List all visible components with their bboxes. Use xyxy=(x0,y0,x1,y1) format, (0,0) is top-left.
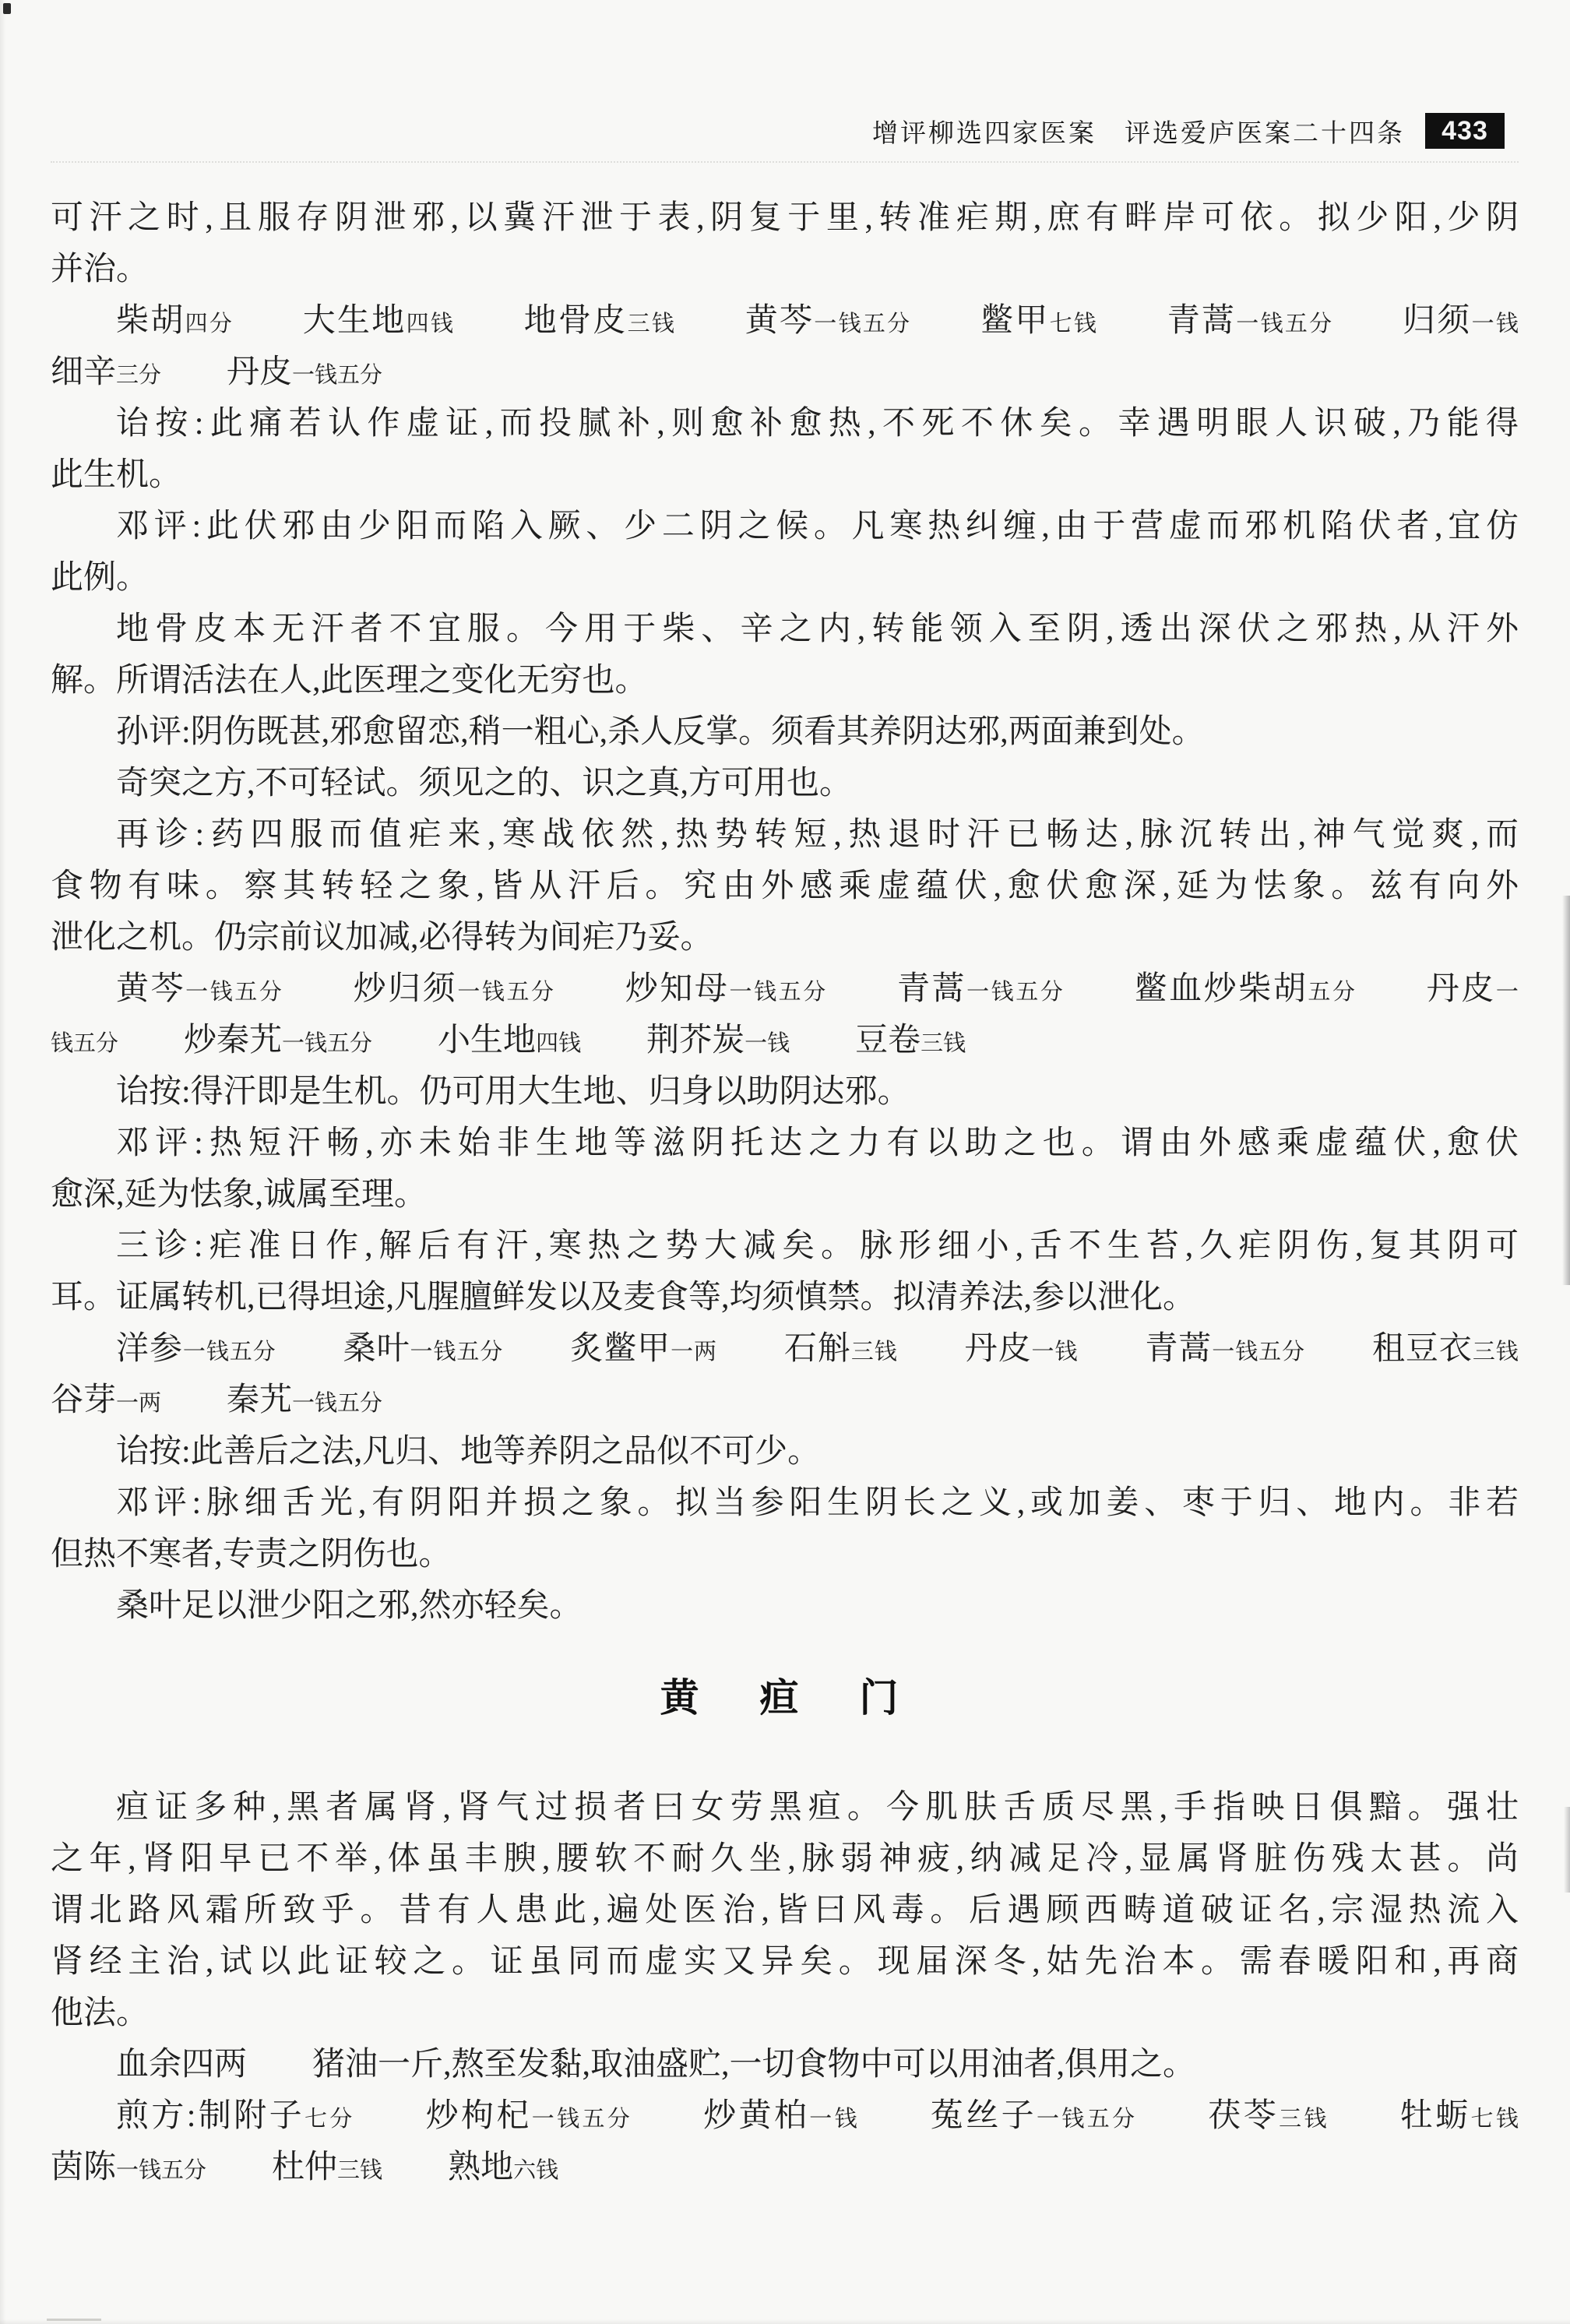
page-body: 可汗之时,且服存阴泄邪,以冀汗泄于表,阴复于里,转准疟期,庶有畔岸可依。拟少阳,… xyxy=(51,192,1519,2193)
dosage-annotation: 一钱 xyxy=(1032,1340,1079,1364)
dosage-annotation: 一钱 xyxy=(1472,312,1519,336)
text-segment: 泄化之机。仍宗前议加减,必得转为间疟乃妥。 xyxy=(51,920,713,956)
text-segment: 但热不寒者,专责之阴伤也。 xyxy=(51,1537,452,1572)
page-header: 增评柳选四家医案 评选爱庐医案二十四条 433 xyxy=(51,107,1519,155)
section-title: 黄 疸 门 xyxy=(51,1655,1519,1741)
text-line: 谓北路风霜所致乎。昔有人患此,遍处医治,皆曰风毒。后遇顾西畴道破证名,宗湿热流入 xyxy=(51,1885,1519,1936)
text-segment: 谓北路风霜所致乎。昔有人患此,遍处医治,皆曰风毒。后遇顾西畴道破证名,宗湿热流入 xyxy=(51,1893,1519,1928)
dosage-annotation: 三钱 xyxy=(337,2158,382,2183)
dosage-annotation: 一钱五分 xyxy=(966,980,1065,1005)
text-line: 此生机。 xyxy=(51,449,1519,501)
text-segment: 孙评:阴伤既甚,邪愈留恋,稍一粗心,杀人反掌。须看其养阴达邪,两面兼到处。 xyxy=(116,714,1205,750)
text-line: 细辛三分 丹皮一钱五分 xyxy=(51,347,1519,398)
text-segment: 鳖血炒柴胡 xyxy=(1065,971,1308,1007)
text-line: 肾经主治,试以此证较之。证虽同而虚实又异矣。现届深冬,姑先治本。需春暖阳和,再商 xyxy=(51,1936,1519,1988)
text-segment: 邓评:此伏邪由少阳而陷入厥、少二阴之候。凡寒热纠缠,由于营虚而邪机陷伏者,宜仿 xyxy=(116,509,1519,544)
text-segment: 邓评:脉细舌光,有阴阳并损之象。拟当参阳生阴长之义,或加姜、枣于归、地内。非若 xyxy=(116,1485,1519,1521)
dosage-annotation: 七钱 xyxy=(1470,2107,1518,2132)
text-segment: 大生地 xyxy=(234,303,406,339)
text-line: 愈深,延为怯象,诚属至理。 xyxy=(51,1169,1519,1220)
text-line: 谷芽一两 秦艽一钱五分 xyxy=(51,1375,1519,1426)
text-line: 但热不寒者,专责之阴伤也。 xyxy=(51,1529,1519,1580)
text-segment: 此生机。 xyxy=(51,457,181,493)
text-segment: 桑叶足以泄少阳之邪,然亦轻矣。 xyxy=(116,1588,583,1624)
text-segment: 黄芩 xyxy=(116,971,185,1007)
text-segment: 耳。证属转机,已得坦途,凡腥膻鲜发以及麦食等,均须慎禁。拟清养法,参以泄化。 xyxy=(51,1280,1195,1315)
text-segment: 谷芽 xyxy=(51,1382,116,1418)
text-line: 并治。 xyxy=(51,244,1519,295)
text-segment: 鳖甲 xyxy=(911,303,1049,339)
text-line: 食物有味。察其转轻之象,皆从汗后。究由外感乘虚蕴伏,愈伏愈深,延为怯象。兹有向外 xyxy=(51,861,1519,912)
dosage-annotation: 七分 xyxy=(304,2107,355,2132)
text-segment: 邓评:热短汗畅,亦未始非生地等滋阴托达之力有以助之也。谓由外感乘虚蕴伏,愈伏 xyxy=(116,1125,1519,1161)
dosage-annotation: 三分 xyxy=(116,363,161,388)
dosage-annotation: 四分 xyxy=(185,312,234,336)
text-line: 解。所谓活法在人,此医理之变化无穷也。 xyxy=(51,655,1519,706)
text-segment: 并治。 xyxy=(51,252,149,287)
text-segment: 丹皮 xyxy=(161,354,292,390)
text-line: 之年,肾阳早已不举,体虽丰腴,腰软不耐久坐,脉弱神疲,纳减足冷,显属肾脏伤残太甚… xyxy=(51,1833,1519,1885)
dosage-annotation: 一钱五分 xyxy=(185,980,283,1005)
text-segment: 牡蛎 xyxy=(1329,2098,1471,2134)
dosage-annotation: 一钱五分 xyxy=(457,980,555,1005)
text-segment: 炒归须 xyxy=(283,971,457,1007)
text-line: 可汗之时,且服存阴泄邪,以冀汗泄于表,阴复于里,转准疟期,庶有畔岸可依。拟少阳,… xyxy=(51,192,1519,244)
dosage-annotation: 钱五分 xyxy=(51,1031,118,1056)
text-segment: 茵陈 xyxy=(51,2150,116,2185)
text-segment: 三诊:疟准日作,解后有汗,寒热之势大减矣。脉形细小,舌不生苔,久疟阴伤,复其阴可 xyxy=(116,1228,1519,1264)
dosage-annotation: 一钱五分 xyxy=(814,312,911,336)
text-segment: 炒黄柏 xyxy=(632,2098,809,2134)
dosage-annotation: 一钱 xyxy=(745,1031,790,1056)
text-segment: 此例。 xyxy=(51,560,149,596)
text-segment: 可汗之时,且服存阴泄邪,以冀汗泄于表,阴复于里,转准疟期,庶有畔岸可依。拟少阳,… xyxy=(51,200,1519,236)
text-line: 奇突之方,不可轻试。须见之的、识之真,方可用也。 xyxy=(51,758,1519,809)
text-line: 黄芩一钱五分 炒归须一钱五分 炒知母一钱五分 青蒿一钱五分 鳖血炒柴胡五分 丹皮… xyxy=(51,963,1519,1015)
dosage-annotation: 一两 xyxy=(116,1391,161,1416)
text-segment: 石斛 xyxy=(717,1331,851,1367)
text-segment: 地骨皮本无汗者不宜服。今用于柴、辛之内,转能领入至阴,透出深伏之邪热,从汗外 xyxy=(116,611,1519,647)
dosage-annotation: 一钱 xyxy=(809,2107,860,2132)
text-segment: 疸证多种,黑者属肾,肾气过损者曰女劳黑疸。今肌肤舌质尽黑,手指映日俱黯。强壮 xyxy=(116,1790,1519,1826)
text-segment: 血余四两 猪油一斤,熬至发黏,取油盛贮,一切食物中可以用油者,俱用之。 xyxy=(116,2047,1195,2083)
text-segment: 荆芥炭 xyxy=(581,1023,745,1058)
text-line: 邓评:此伏邪由少阳而陷入厥、少二阴之候。凡寒热纠缠,由于营虚而邪机陷伏者,宜仿 xyxy=(51,501,1519,552)
text-segment: 愈深,延为怯象,诚属至理。 xyxy=(51,1177,427,1213)
text-segment: 炒知母 xyxy=(556,971,730,1007)
text-segment: 诒按:此善后之法,凡归、地等养阴之品似不可少。 xyxy=(116,1434,820,1470)
text-segment: 炒枸杞 xyxy=(355,2098,532,2134)
text-segment: 归须 xyxy=(1333,303,1471,339)
text-segment: 细辛 xyxy=(51,354,116,390)
dosage-annotation: 一钱五分 xyxy=(292,1391,382,1416)
text-segment: 奇突之方,不可轻试。须见之的、识之真,方可用也。 xyxy=(116,766,852,801)
text-segment: 黄芩 xyxy=(676,303,814,339)
text-line: 三诊:疟准日作,解后有汗,寒热之势大减矣。脉形细小,舌不生苔,久疟阴伤,复其阴可 xyxy=(51,1220,1519,1272)
text-segment: 之年,肾阳早已不举,体虽丰腴,腰软不耐久坐,脉弱神疲,纳减足冷,显属肾脏伤残太甚… xyxy=(51,1841,1519,1877)
text-line: 诒按:此善后之法,凡归、地等养阴之品似不可少。 xyxy=(51,1426,1519,1477)
text-segment: 丹皮 xyxy=(898,1331,1032,1367)
dosage-annotation: 一钱五分 xyxy=(410,1340,504,1364)
text-segment: 茯苓 xyxy=(1138,2098,1280,2134)
dosage-annotation: 四钱 xyxy=(407,312,456,336)
text-segment: 煎方:制附子 xyxy=(116,2098,304,2134)
text-line: 血余四两 猪油一斤,熬至发黏,取油盛贮,一切食物中可以用油者,俱用之。 xyxy=(51,2039,1519,2090)
text-line: 茵陈一钱五分 杜仲三钱 熟地六钱 xyxy=(51,2142,1519,2193)
text-segment: 地骨皮 xyxy=(455,303,627,339)
dosage-annotation: 六钱 xyxy=(513,2158,558,2183)
running-head: 增评柳选四家医案 评选爱庐医案二十四条 xyxy=(872,113,1405,150)
text-line: 洋参一钱五分 桑叶一钱五分 炙鳖甲一两 石斛三钱 丹皮一钱 青蒿一钱五分 租豆衣… xyxy=(51,1323,1519,1375)
dosage-annotation: 一钱五分 xyxy=(532,2107,633,2132)
text-line: 再诊:药四服而值疟来,寒战依然,热势转短,热退时汗已畅达,脉沉转出,神气觉爽,而 xyxy=(51,809,1519,861)
dosage-annotation: 一钱五分 xyxy=(1236,312,1333,336)
text-segment: 青蒿 xyxy=(1078,1331,1212,1367)
dosage-annotation: 一钱五分 xyxy=(1212,1340,1305,1364)
text-line: 桑叶足以泄少阳之邪,然亦轻矣。 xyxy=(51,1580,1519,1632)
dosage-annotation: 一钱五分 xyxy=(730,980,828,1005)
text-segment: 诒按:得汗即是生机。仍可用大生地、归身以助阴达邪。 xyxy=(116,1074,910,1110)
dosage-annotation: 一钱五分 xyxy=(1037,2107,1138,2132)
header-divider xyxy=(51,161,1519,163)
book-page: 增评柳选四家医案 评选爱庐医案二十四条 433 可汗之时,且服存阴泄邪,以冀汗泄… xyxy=(0,0,1570,2324)
text-line: 邓评:热短汗畅,亦未始非生地等滋阴托达之力有以助之也。谓由外感乘虚蕴伏,愈伏 xyxy=(51,1118,1519,1169)
dosage-annotation: 三钱 xyxy=(1473,1340,1519,1364)
text-line: 煎方:制附子七分 炒枸杞一钱五分 炒黄柏一钱 菟丝子一钱五分 茯苓三钱 牡蛎七钱 xyxy=(51,2090,1519,2142)
text-line: 泄化之机。仍宗前议加减,必得转为间疟乃妥。 xyxy=(51,912,1519,963)
text-line: 诒按:此痛若认作虚证,而投腻补,则愈补愈热,不死不休矣。幸遇明眼人识破,乃能得 xyxy=(51,398,1519,449)
text-segment: 小生地 xyxy=(372,1023,536,1058)
dosage-annotation: 三钱 xyxy=(851,1340,898,1364)
text-segment: 肾经主治,试以此证较之。证虽同而虚实又异矣。现届深冬,姑先治本。需春暖阳和,再商 xyxy=(51,1944,1519,1980)
text-segment: 他法。 xyxy=(51,1995,149,2031)
dosage-annotation: 七钱 xyxy=(1050,312,1099,336)
dosage-annotation: 一 xyxy=(1496,980,1519,1005)
dosage-annotation: 五分 xyxy=(1308,980,1357,1005)
text-segment: 豆卷 xyxy=(790,1023,921,1058)
text-line: 邓评:脉细舌光,有阴阳并损之象。拟当参阳生阴长之义,或加姜、枣于归、地内。非若 xyxy=(51,1477,1519,1529)
dosage-annotation: 一钱五分 xyxy=(282,1031,372,1056)
text-segment: 解。所谓活法在人,此医理之变化无穷也。 xyxy=(51,663,648,699)
dosage-annotation: 三钱 xyxy=(628,312,677,336)
text-segment: 再诊:药四服而值疟来,寒战依然,热势转短,热退时汗已畅达,脉沉转出,神气觉爽,而 xyxy=(116,817,1519,853)
text-segment: 食物有味。察其转轻之象,皆从汗后。究由外感乘虚蕴伏,愈伏愈深,延为怯象。兹有向外 xyxy=(51,868,1519,904)
text-segment: 秦艽 xyxy=(161,1382,292,1418)
text-segment: 炙鳖甲 xyxy=(503,1331,671,1367)
dosage-annotation: 一钱五分 xyxy=(183,1340,276,1364)
text-segment: 柴胡 xyxy=(116,303,185,339)
dosage-annotation: 四钱 xyxy=(536,1031,581,1056)
text-segment: 丹皮 xyxy=(1357,971,1496,1007)
dosage-annotation: 一钱五分 xyxy=(116,2158,206,2183)
text-line: 此例。 xyxy=(51,552,1519,604)
text-line: 柴胡四分 大生地四钱 地骨皮三钱 黄芩一钱五分 鳖甲七钱 青蒿一钱五分 归须一钱 xyxy=(51,295,1519,347)
dosage-annotation: 三钱 xyxy=(1279,2107,1329,2132)
text-segment: 杜仲 xyxy=(206,2150,337,2185)
text-segment: 洋参 xyxy=(116,1331,183,1367)
text-segment: 租豆衣 xyxy=(1305,1331,1473,1367)
text-segment: 菟丝子 xyxy=(860,2098,1037,2134)
text-line: 疸证多种,黑者属肾,肾气过损者曰女劳黑疸。今肌肤舌质尽黑,手指映日俱黯。强壮 xyxy=(51,1782,1519,1833)
text-segment: 青蒿 xyxy=(1098,303,1236,339)
text-line: 地骨皮本无汗者不宜服。今用于柴、辛之内,转能领入至阴,透出深伏之邪热,从汗外 xyxy=(51,604,1519,655)
text-segment: 炒秦艽 xyxy=(118,1023,282,1058)
text-line: 耳。证属转机,已得坦途,凡腥膻鲜发以及麦食等,均须慎禁。拟清养法,参以泄化。 xyxy=(51,1272,1519,1323)
text-line: 孙评:阴伤既甚,邪愈留恋,稍一粗心,杀人反掌。须看其养阴达邪,两面兼到处。 xyxy=(51,706,1519,758)
text-segment: 桑叶 xyxy=(276,1331,410,1367)
text-line: 他法。 xyxy=(51,1988,1519,2039)
text-segment: 熟地 xyxy=(382,2150,513,2185)
dosage-annotation: 三钱 xyxy=(921,1031,966,1056)
dosage-annotation: 一钱五分 xyxy=(292,363,382,388)
text-line: 诒按:得汗即是生机。仍可用大生地、归身以助阴达邪。 xyxy=(51,1066,1519,1118)
page-number-badge: 433 xyxy=(1425,113,1505,149)
text-line: 钱五分 炒秦艽一钱五分 小生地四钱 荆芥炭一钱 豆卷三钱 xyxy=(51,1015,1519,1066)
text-segment: 诒按:此痛若认作虚证,而投腻补,则愈补愈热,不死不休矣。幸遇明眼人识破,乃能得 xyxy=(116,406,1519,442)
text-segment: 青蒿 xyxy=(828,971,966,1007)
dosage-annotation: 一两 xyxy=(671,1340,717,1364)
